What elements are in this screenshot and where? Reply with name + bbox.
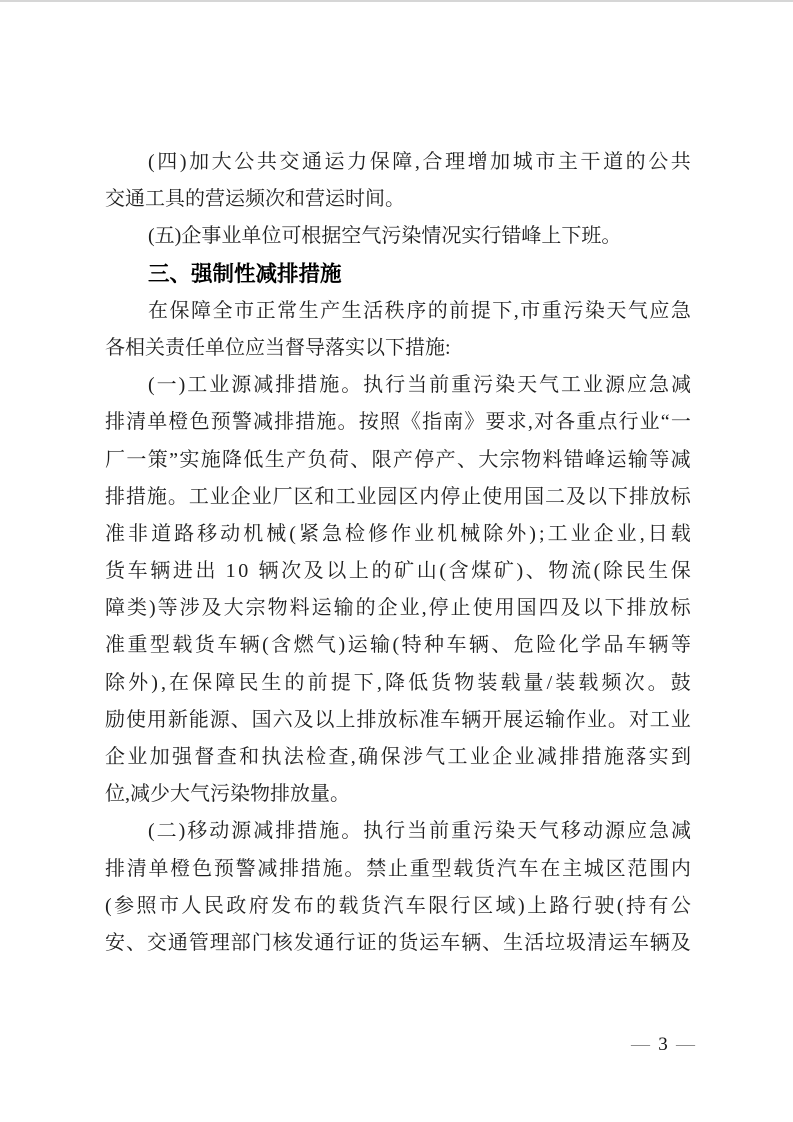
- text-line: 障类)等涉及大宗物料运输的企业,停止使用国四及以下排放标: [105, 590, 691, 627]
- text-line: 排清单橙色预警减排措施。禁止重型载货汽车在主城区范围内: [105, 851, 691, 888]
- text-line: 励使用新能源、国六及以上排放标准车辆开展运输作业。对工业: [105, 702, 691, 739]
- text-line: (一)工业源减排措施。执行当前重污染天气工业源应急减: [105, 367, 691, 404]
- section-heading: 三、强制性减排措施: [105, 256, 691, 293]
- page-number-dash-left: —: [631, 1034, 650, 1056]
- document-page: { "document": { "blocks": [ { "type": "p…: [0, 0, 793, 1122]
- text-line: (参照市人民政府发布的载货汽车限行区域)上路行驶(持有公: [105, 888, 691, 925]
- document-body: (四)加大公共交通运力保障,合理增加城市主干道的公共交通工具的营运频次和营运时间…: [105, 144, 691, 962]
- text-line: 位,减少大气污染物排放量。: [105, 776, 691, 813]
- text-line: 各相关责任单位应当督导落实以下措施:: [105, 330, 691, 367]
- text-line: (二)移动源减排措施。执行当前重污染天气移动源应急减: [105, 813, 691, 850]
- text-line: 企业加强督查和执法检查,确保涉气工业企业减排措施落实到: [105, 739, 691, 776]
- text-line: 排清单橙色预警减排措施。按照《指南》要求,对各重点行业“一: [105, 404, 691, 441]
- text-line: 排措施。工业企业厂区和工业园区内停止使用国二及以下排放标: [105, 479, 691, 516]
- page-number-value: 3: [658, 1034, 668, 1056]
- text-line: (四)加大公共交通运力保障,合理增加城市主干道的公共: [105, 144, 691, 181]
- page-top-edge: [0, 0, 793, 2]
- text-line: (五)企事业单位可根据空气污染情况实行错峰上下班。: [105, 218, 691, 255]
- text-line: 安、交通管理部门核发通行证的货运车辆、生活垃圾清运车辆及: [105, 925, 691, 962]
- text-line: 在保障全市正常生产生活秩序的前提下,市重污染天气应急: [105, 293, 691, 330]
- text-line: 交通工具的营运频次和营运时间。: [105, 181, 691, 218]
- text-line: 厂一策”实施降低生产负荷、限产停产、大宗物料错峰运输等减: [105, 442, 691, 479]
- page-number: — 3 —: [631, 1034, 695, 1056]
- page-number-dash-right: —: [676, 1034, 695, 1056]
- text-line: 准重型载货车辆(含燃气)运输(特种车辆、危险化学品车辆等: [105, 627, 691, 664]
- text-line: 除外),在保障民生的前提下,降低货物装载量/装载频次。鼓: [105, 665, 691, 702]
- text-line: 货车辆进出 10 辆次及以上的矿山(含煤矿)、物流(除民生保: [105, 553, 691, 590]
- text-line: 准非道路移动机械(紧急检修作业机械除外);工业企业,日载: [105, 516, 691, 553]
